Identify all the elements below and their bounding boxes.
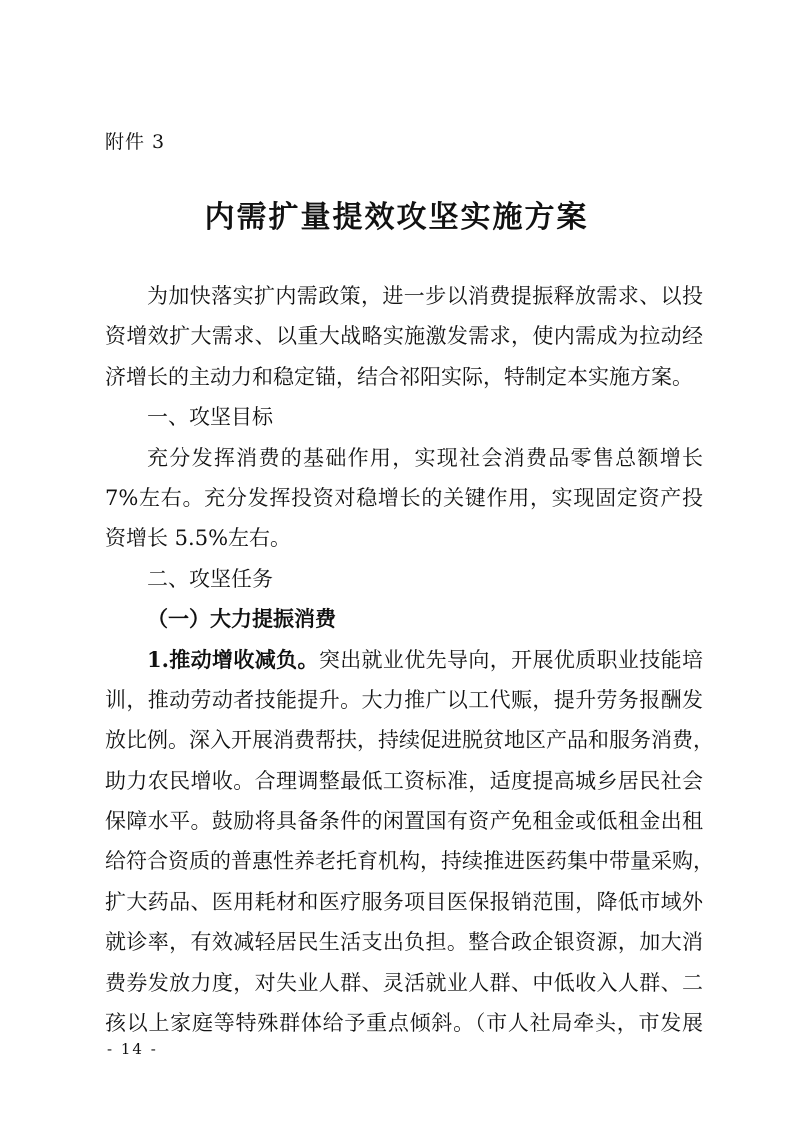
goals-line: 资增长 5.5%左右。	[105, 518, 703, 558]
page-number: - 14 -	[107, 1040, 158, 1058]
item1-line: 放比例。深入开展消费帮扶，持续促进脱贫地区产品和服务消费，	[105, 720, 703, 760]
section-heading-tasks: 二、攻坚任务	[105, 559, 703, 599]
intro-line: 为加快落实扩内需政策，进一步以消费提振释放需求、以投	[105, 276, 703, 316]
item1-line: 助力农民增收。合理调整最低工资标准，适度提高城乡居民社会	[105, 761, 703, 801]
item1-line: 给符合资质的普惠性养老托育机构，持续推进医药集中带量采购，	[105, 841, 703, 881]
item1-line: 费券发放力度，对失业人群、灵活就业人群、中低收入人群、二	[105, 963, 703, 1003]
document-title: 内需扩量提效攻坚实施方案	[0, 192, 793, 236]
document-page: 附件 3 内需扩量提效攻坚实施方案 为加快落实扩内需政策，进一步以消费提振释放需…	[0, 0, 793, 1122]
item1-line: 训，推动劳动者技能提升。大力推广以工代赈，提升劳务报酬发	[105, 680, 703, 720]
item1-text: 突出就业优先导向，开展优质职业技能培	[319, 648, 703, 672]
goals-line: 7%左右。充分发挥投资对稳增长的关键作用，实现固定资产投	[105, 478, 703, 518]
item1-first-line: 1.推动增收减负。突出就业优先导向，开展优质职业技能培	[105, 640, 703, 680]
attachment-label: 附件 3	[105, 127, 165, 154]
item1-label: 1.推动增收减负。	[147, 647, 319, 672]
item1-line: 孩以上家庭等特殊群体给予重点倾斜。（市人社局牵头，市发展	[105, 1003, 703, 1043]
item1-line: 保障水平。鼓励将具备条件的闲置国有资产免租金或低租金出租	[105, 801, 703, 841]
subsection-heading-consumption: （一）大力提振消费	[105, 599, 703, 639]
section-heading-goals: 一、攻坚目标	[105, 397, 703, 437]
item1-line: 就诊率，有效减轻居民生活支出负担。整合政企银资源，加大消	[105, 922, 703, 962]
intro-line: 济增长的主动力和稳定锚，结合祁阳实际，特制定本实施方案。	[105, 357, 703, 397]
item1-line: 扩大药品、医用耗材和医疗服务项目医保报销范围，降低市域外	[105, 882, 703, 922]
document-body: 为加快落实扩内需政策，进一步以消费提振释放需求、以投 资增效扩大需求、以重大战略…	[105, 276, 703, 1043]
intro-line: 资增效扩大需求、以重大战略实施激发需求，使内需成为拉动经	[105, 316, 703, 356]
goals-line: 充分发挥消费的基础作用，实现社会消费品零售总额增长	[105, 438, 703, 478]
